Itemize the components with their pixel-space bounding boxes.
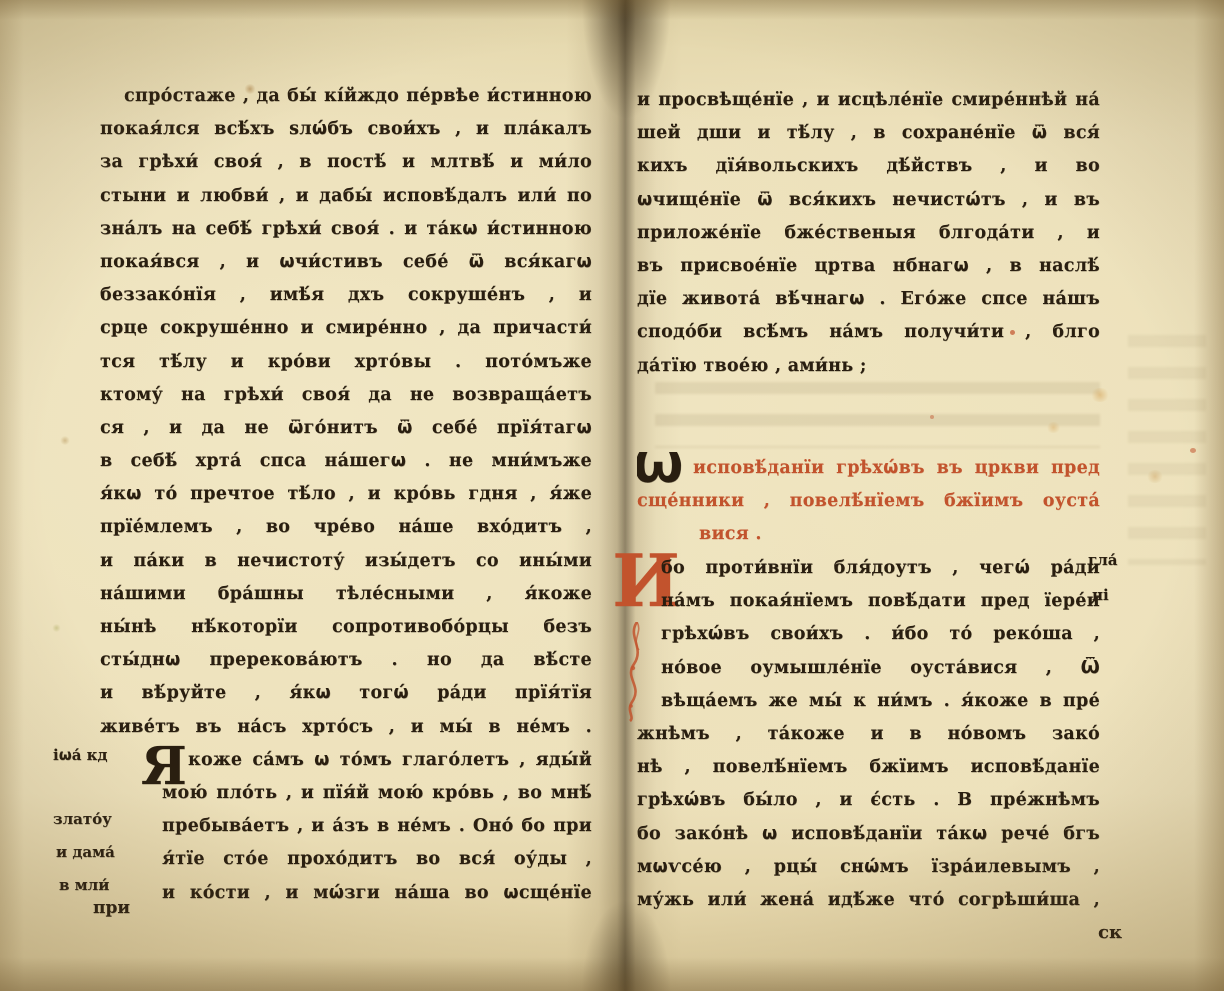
text-line: и вѣ́руйте , я́кѡ тогѡ́ ра́ди прїя́тїя (100, 677, 592, 710)
right-page-body-block: бо проти́внїи бля́доутъ , чегѡ́ ра́ди на… (637, 552, 1100, 917)
heading-line: вися . (637, 518, 1100, 551)
margin-note-citation: злато́у (53, 810, 112, 828)
text-line: спро́стаже , да бы́ кі́йждо пе́рвѣе и́ст… (100, 80, 592, 113)
heading-initial-omega: Ѡ (637, 452, 684, 485)
heading-text: исповѣ́данїи грѣхѡ́въ въ цркви пред (693, 458, 1100, 478)
chapter-heading: Ѡисповѣ́данїи грѣхѡ́въ въ цркви пред сще… (637, 452, 1100, 552)
text-line: му́жь или́ жена́ идѣ́же что́ согрѣши́ша … (637, 884, 1100, 917)
text-line: я́тїе сто́е прохо́дитъ во вся́ оу́ды , (100, 843, 592, 876)
text-line: нѣ , повелѣ́нїемъ бжїимъ исповѣ́данїе (637, 751, 1100, 784)
text-line: кихъ дїя́вольскихъ дѣ́йствъ , и во (637, 150, 1100, 183)
text-line: вѣща́емъ же мы́ к ни́мъ . я́коже в пре́ (637, 685, 1100, 718)
text-line: тся тѣ́лу и кро́ви хрто́вы . пото́мъже (100, 346, 592, 379)
text-line: пребыва́етъ , и а́зъ в не́мъ . Оно́ бо п… (100, 810, 592, 843)
text-line: прїе́млемъ , во чре́во на́ше вхо́дитъ , (100, 511, 592, 544)
right-page-intro-block: и просвѣще́нїе , и исцѣле́нїе смире́ннѣй… (637, 84, 1100, 383)
text-line: зна́лъ на себѣ́ грѣхи́ своя́ . и та́кѡ и… (100, 213, 592, 246)
text-line: ктому́ на грѣхи́ своя́ да не возвраща́ет… (100, 379, 592, 412)
text-line: срце сокруше́нно и смире́нно , да причас… (100, 312, 592, 345)
text-line: ѡчище́нїе ѿ вся́кихъ нечистѡ́тъ , и въ (637, 184, 1100, 217)
margin-note-citation: іѡа́ кд (53, 746, 108, 764)
text-line: грѣхѡ́въ свои́хъ . и́бо то́ реко́ша , (637, 618, 1100, 651)
margin-note-chapter: гла́ (1088, 551, 1118, 569)
margin-note-citation: и дама́ (56, 843, 115, 861)
page-edge-bottom (0, 957, 1224, 991)
text-line: стыни и любви́ , и дабы́ исповѣ́далъ или… (100, 180, 592, 213)
text-line: в себѣ́ хрта́ спса на́шегѡ . не мни́мъже (100, 445, 592, 478)
text-line: бо проти́внїи бля́доутъ , чегѡ́ ра́ди (637, 552, 1100, 585)
text-line: дїе живота́ вѣ́чнагѡ . Его́же спсе на́шъ (637, 283, 1100, 316)
text-line: шей дши и тѣ́лу , в сохране́нїе ѿ вся́ (637, 117, 1100, 150)
margin-note-chapter-number: ні (1092, 586, 1109, 604)
quire-signature: ск (1098, 922, 1122, 943)
text-line: да́тїю твое́ю , ами́нь ; (637, 350, 1100, 383)
page-edge-right (1194, 0, 1224, 991)
page-edge-top (0, 0, 1224, 20)
text-line: и ко́сти , и мѡ́зги на́ша во ѡсще́нїе (100, 877, 592, 910)
text-line: грѣхѡ́въ бы́ло , и є́сть . В пре́жнѣмъ (637, 784, 1100, 817)
margin-note-citation: в мли́ (59, 876, 109, 894)
text-line: сты́днѡ пререкова́ютъ . но да вѣ́сте (100, 644, 592, 677)
text-line: приложе́нїе бже́ственыя блгода́ти , и (637, 217, 1100, 250)
text-line: ны́нѣ нѣ́которїи сопротивобо́рцы безъ (100, 611, 592, 644)
text-line: мѡѵсе́ю , рцы́ снѡ́мъ їзра́илевымъ , (637, 851, 1100, 884)
catchword: при (93, 898, 130, 918)
text-line: на́шими бра́шны тѣле́сными , я́коже (100, 578, 592, 611)
page-edge-left (0, 0, 24, 991)
text-line: покая́вся , и ѡчи́стивъ себе́ ѿ вся́кагѡ (100, 246, 592, 279)
text-line: я́кѡ то́ пречтое тѣ́ло , и кро́вь гдня ,… (100, 478, 592, 511)
text-line: на́мъ покая́нїемъ повѣ́дати пред їере́и (637, 585, 1100, 618)
heading-line: сще́нники , повелѣ́нїемъ бжїимъ оуста́ (637, 485, 1100, 518)
text-line: ся , и да не ѿго́нитъ ѿ себе́ прїя́тагѡ (100, 412, 592, 445)
text-line: и просвѣще́нїе , и исцѣле́нїе смире́ннѣй… (637, 84, 1100, 117)
heading-line: Ѡисповѣ́данїи грѣхѡ́въ въ цркви пред (637, 452, 1100, 485)
text-line: въ присвое́нїе цртва нбнагѡ , в наслѣ́ (637, 250, 1100, 283)
text-line: за грѣхи́ своя́ , в постѣ́ и млтвѣ́ и ми… (100, 146, 592, 179)
text-line: беззако́нїя , имѣ́я дхъ сокруше́нъ , и (100, 279, 592, 312)
text-line: и па́ки в нечистоту́ изы́детъ со ины́ми (100, 545, 592, 578)
text-line: но́вое оумышле́нїе оуста́вися , Ѿ (637, 652, 1100, 685)
drop-cap-initial: Я (141, 741, 187, 793)
text-line: покая́лся всѣ́хъ ѕлѡ́бъ свои́хъ , и пла́… (100, 113, 592, 146)
text-line: сподо́би всѣ́мъ на́мъ получи́ти , блго (637, 316, 1100, 349)
text-line: бо зако́нѣ ѡ исповѣ́данїи та́кѡ рече́ бг… (637, 818, 1100, 851)
text-line: жнѣмъ , та́коже и в но́вомъ зако́ (637, 718, 1100, 751)
